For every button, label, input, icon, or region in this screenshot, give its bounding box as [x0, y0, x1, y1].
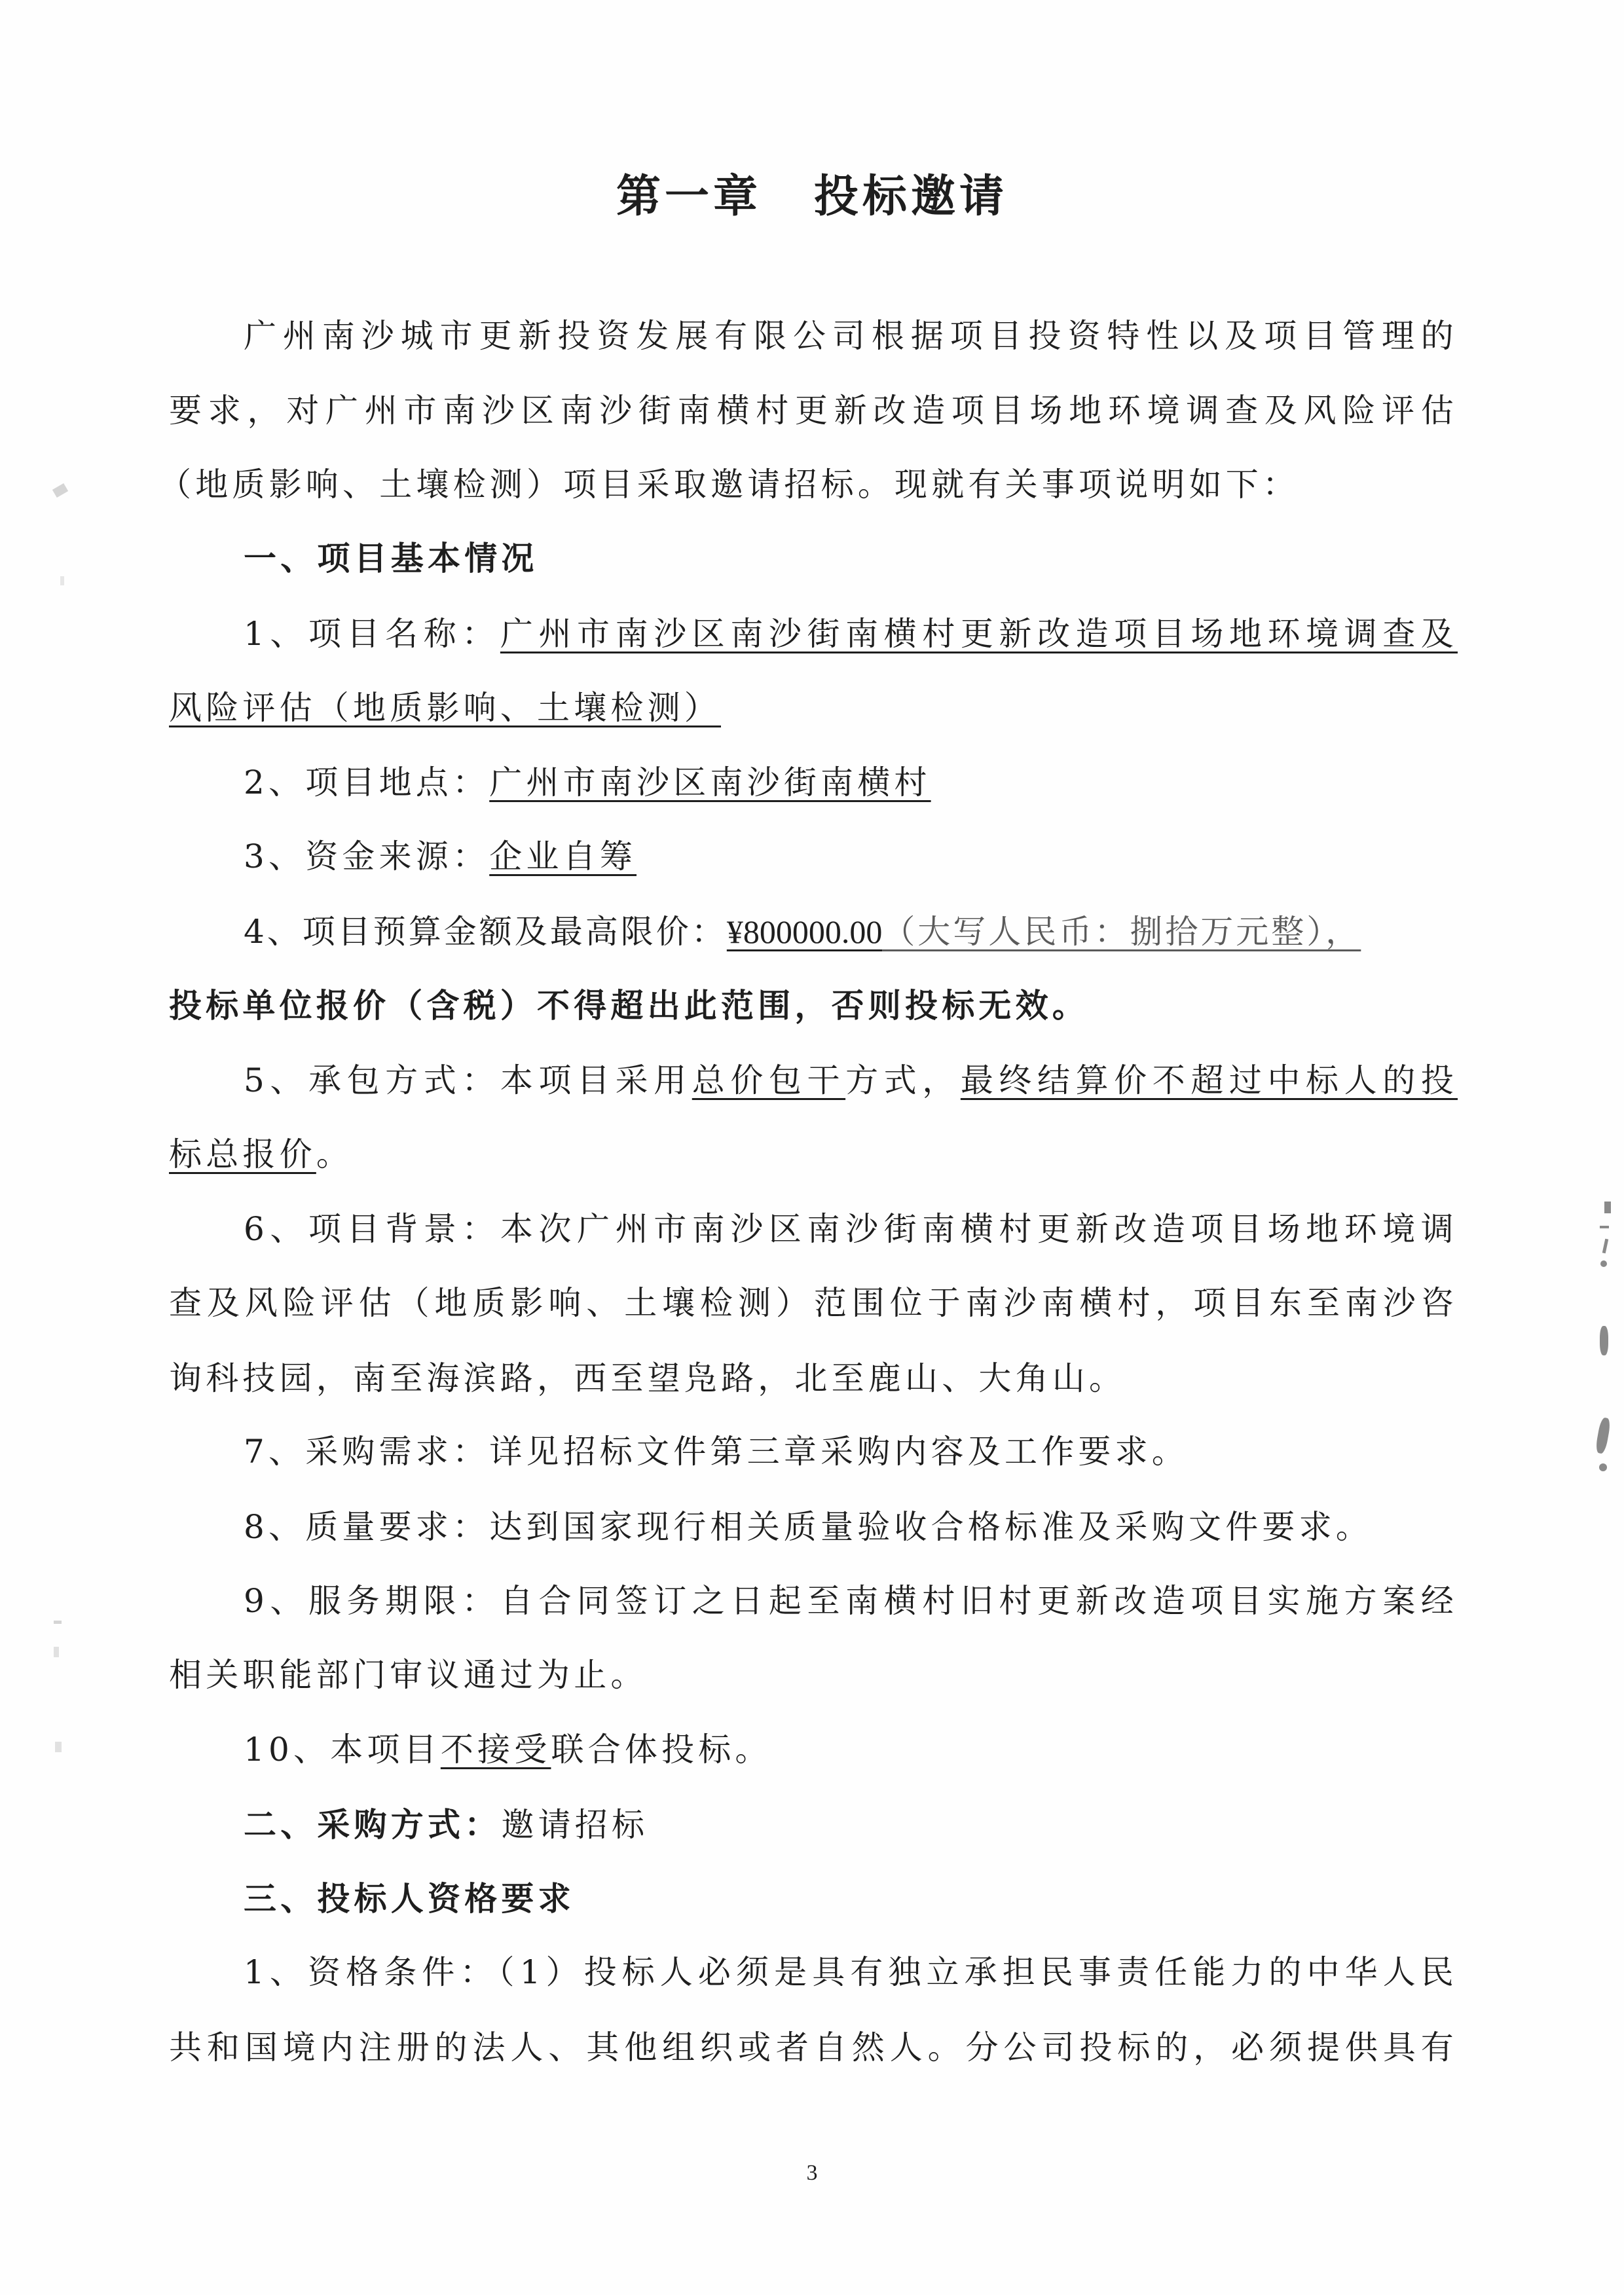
- item-5-label: 5、承包方式：本项目采用: [244, 1061, 692, 1099]
- intro-line-1: 广州南沙城市更新投资发展有限公司根据项目投资特性以及项目管理的: [244, 313, 1458, 359]
- item-2-project-location: 2、项目地点：广州市南沙区南沙街南横村: [244, 760, 1458, 805]
- item-4-note: 投标单位报价（含税）不得超出此范围，否则投标无效。: [169, 983, 1458, 1029]
- item-2-value: 广州市南沙区南沙街南横村: [489, 763, 931, 801]
- item-5-end: 。: [316, 1135, 353, 1173]
- section-2-heading: 二、采购方式：: [244, 1805, 501, 1844]
- item-6-background-line-3: 询科技园，南至海滨路，西至望凫路，北至鹿山、大角山。: [169, 1355, 1458, 1401]
- scan-mark: [54, 1621, 62, 1624]
- item-4-amount: ¥800000.00: [727, 913, 883, 950]
- item-4-amount-words: （大写人民币：捌拾万元整），: [882, 913, 1361, 951]
- scan-mark: [52, 483, 68, 498]
- scan-mark: [60, 576, 64, 585]
- item-7-procurement-needs: 7、采购需求：详见招标文件第三章采购内容及工作要求。: [244, 1429, 1458, 1475]
- scan-mark: [1600, 1260, 1607, 1267]
- scan-mark: [1604, 1202, 1611, 1213]
- scan-mark: [1599, 1463, 1607, 1471]
- section-3-item-1-line-1: 1、资格条件：（1）投标人必须是具有独立承担民事责任能力的中华人民: [244, 1949, 1458, 1995]
- item-5-contract-method: 5、承包方式：本项目采用总价包干方式，最终结算价不超过中标人的投: [244, 1057, 1458, 1103]
- item-5-mid: 方式，: [845, 1061, 961, 1099]
- scan-mark: [54, 1647, 59, 1657]
- scan-mark: [1600, 1226, 1609, 1228]
- section-3-item-1-line-2: 共和国境内注册的法人、其他组织或者自然人。分公司投标的，必须提供具有: [169, 2025, 1458, 2070]
- item-9-service-period-line-2: 相关职能部门审议通过为止。: [169, 1652, 1458, 1698]
- page-number: 3: [0, 2161, 1624, 2186]
- item-1-continued: 风险评估（地质影响、土壤检测）: [169, 685, 1458, 731]
- scan-mark: [55, 1742, 62, 1752]
- item-4-label: 4、项目预算金额及最高限价：: [244, 913, 727, 951]
- item-3-label: 3、资金来源：: [244, 837, 489, 875]
- item-8-quality-requirements: 8、质量要求：达到国家现行相关质量验收合格标准及采购文件要求。: [244, 1504, 1458, 1550]
- section-2: 二、采购方式：邀请招标: [244, 1802, 1458, 1848]
- item-5-lump-sum: 总价包干: [692, 1061, 845, 1099]
- item-3-funding-source: 3、资金来源：企业自筹: [244, 834, 1458, 879]
- item-6-background-line-2: 查及风险评估（地质影响、土壤检测）范围位于南沙南横村，项目东至南沙咨: [169, 1280, 1458, 1326]
- section-1-heading: 一、项目基本情况: [244, 536, 1458, 581]
- item-10-consortium: 10、本项目不接受联合体投标。: [244, 1727, 1458, 1772]
- chapter-title: 第一章投标邀请: [0, 167, 1624, 226]
- item-2-label: 2、项目地点：: [244, 763, 489, 801]
- scan-mark: [1600, 1326, 1608, 1355]
- intro-line-2: 要求，对广州市南沙区南沙街南横村更新改造项目场地环境调查及风险评估: [169, 388, 1458, 433]
- item-3-value: 企业自筹: [489, 837, 637, 875]
- intro-line-3: （地质影响、土壤检测）项目采取邀请招标。现就有关事项说明如下：: [158, 462, 1447, 507]
- section-2-value: 邀请招标: [501, 1806, 648, 1844]
- chapter-number: 第一章: [616, 170, 762, 223]
- item-10-not-accepted: 不接受: [441, 1731, 551, 1769]
- scan-mark: [1602, 1239, 1608, 1254]
- scan-mark: [1595, 1417, 1611, 1454]
- item-9-service-period-line-1: 9、服务期限：自合同签订之日起至南横村旧村更新改造项目实施方案经: [244, 1578, 1458, 1624]
- item-1-value-line-2: 风险评估（地质影响、土壤检测）: [169, 689, 721, 727]
- item-5-settlement-line-2: 标总报价: [169, 1135, 316, 1173]
- chapter-heading: 投标邀请: [814, 170, 1008, 223]
- item-5-settlement-line-1: 最终结算价不超过中标人的投: [961, 1061, 1458, 1099]
- item-1-project-name: 1、项目名称：广州市南沙区南沙街南横村更新改造项目场地环境调查及: [244, 611, 1458, 657]
- item-10-suffix: 联合体投标。: [551, 1731, 771, 1769]
- section-3-heading: 三、投标人资格要求: [244, 1876, 1458, 1922]
- item-4-budget: 4、项目预算金额及最高限价：¥800000.00（大写人民币：捌拾万元整），: [244, 909, 1458, 955]
- document-page: 第一章投标邀请 广州南沙城市更新投资发展有限公司根据项目投资特性以及项目管理的 …: [0, 0, 1624, 2295]
- item-10-prefix: 10、本项目: [244, 1731, 441, 1769]
- item-6-background-line-1: 6、项目背景：本次广州市南沙区南沙街南横村更新改造项目场地环境调: [244, 1206, 1458, 1252]
- item-1-value-line-1: 广州市南沙区南沙街南横村更新改造项目场地环境调查及: [500, 615, 1458, 653]
- item-1-label: 1、项目名称：: [244, 615, 500, 653]
- item-5-continued: 标总报价。: [169, 1131, 1458, 1177]
